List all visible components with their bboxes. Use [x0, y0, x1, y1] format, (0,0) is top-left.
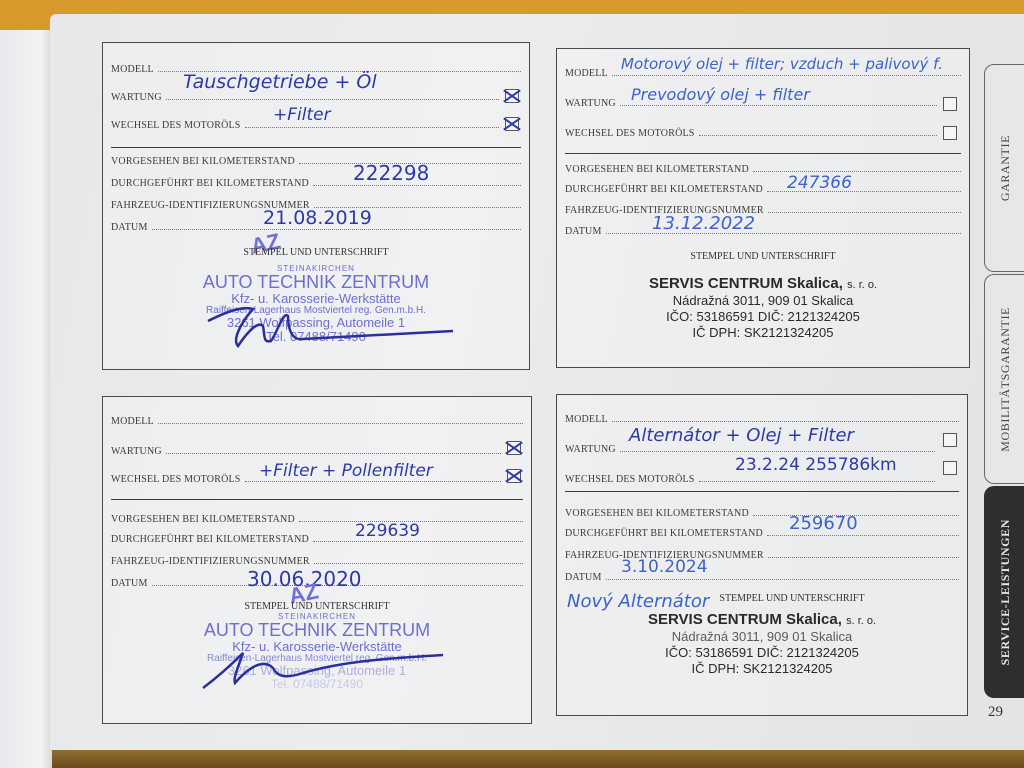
modell-row: MODELL — [565, 407, 959, 425]
service-card-3: MODELL WARTUNG WECHSEL DES MOTORÖLS +Fil… — [102, 396, 532, 724]
date-value: 21.08.2019 — [263, 207, 372, 229]
fin-row: FAHRZEUG-IDENTIFIZIERUNGSNUMMER — [111, 549, 523, 567]
date-value: 13.12.2022 — [652, 213, 755, 234]
wartung-value: Alternátor + Olej + Filter — [629, 425, 854, 446]
vorgesehen-row: VORGESEHEN BEI KILOMETERSTAND — [565, 501, 959, 519]
workshop-stamp: SERVIS CENTRUM Skalica, s. r. o. Nádražn… — [557, 275, 969, 341]
wartung-row: WARTUNG — [111, 439, 501, 457]
signature — [193, 633, 453, 693]
service-card-4: MODELL WARTUNG WECHSEL DES MOTORÖLS Alte… — [556, 394, 968, 716]
wartung-value: Prevodový olej + filter — [631, 85, 810, 104]
durchgefuehrt-row: DURCHGEFÜHRT BEI KILOMETERSTAND — [565, 177, 961, 195]
modell-value: Motorový olej + filter; vzduch + palivov… — [621, 55, 943, 73]
wartung-label: WARTUNG — [111, 92, 162, 103]
left-page-edge — [0, 30, 52, 768]
workshop-stamp: SERVIS CENTRUM Skalica, s. r. o. Nádražn… — [557, 611, 967, 677]
wechsel-checkbox[interactable] — [943, 126, 957, 140]
signature — [203, 301, 483, 351]
tab-garantie[interactable]: GARANTIE — [984, 64, 1024, 272]
tab-service-leistungen[interactable]: SERVICE-LEISTUNGEN — [984, 486, 1024, 698]
wechsel-checkbox[interactable] — [505, 117, 519, 131]
mileage-value: 259670 — [789, 513, 858, 534]
service-card-2: MODELL WARTUNG WECHSEL DES MOTORÖLS Moto… — [556, 48, 970, 368]
fin-row: FAHRZEUG-IDENTIFIZIERUNGSNUMMER — [565, 198, 961, 216]
wechsel-value: +Filter — [273, 105, 331, 125]
vorgesehen-row: VORGESEHEN BEI KILOMETERSTAND — [111, 507, 523, 525]
wechsel-row: WECHSEL DES MOTORÖLS — [565, 121, 937, 139]
mileage-value: 229639 — [355, 521, 420, 541]
modell-label: MODELL — [111, 64, 154, 75]
wechsel-value: 23.2.24 255786km — [735, 455, 897, 475]
mileage-value: 247366 — [787, 173, 852, 193]
stamp-signature-label: STEMPEL UND UNTERSCHRIFT — [557, 251, 969, 262]
vorgesehen-row: VORGESEHEN BEI KILOMETERSTAND — [111, 149, 521, 167]
service-card-1: MODELL WARTUNG WECHSEL DES MOTORÖLS Taus… — [102, 42, 530, 370]
durchgefuehrt-row: DURCHGEFÜHRT BEI KILOMETERSTAND — [111, 171, 521, 189]
vorgesehen-row: VORGESEHEN BEI KILOMETERSTAND — [565, 157, 961, 175]
tab-mobilitaetsgarantie[interactable]: MOBILITÄTSGARANTIE — [984, 274, 1024, 484]
durchgefuehrt-row: DURCHGEFÜHRT BEI KILOMETERSTAND — [111, 527, 523, 545]
wechsel-checkbox[interactable] — [507, 469, 521, 483]
wartung-checkbox[interactable] — [505, 89, 519, 103]
wartung-value: Tauschgetriebe + Öl — [183, 71, 377, 93]
wechsel-checkbox[interactable] — [943, 461, 957, 475]
stamp-signature-label: STEMPEL UND UNTERSCHRIFT — [103, 247, 529, 258]
modell-row: MODELL — [111, 409, 523, 427]
wartung-checkbox[interactable] — [943, 433, 957, 447]
wartung-checkbox[interactable] — [943, 97, 957, 111]
wechsel-label: WECHSEL DES MOTORÖLS — [111, 120, 241, 131]
stamp-signature-label: STEMPEL UND UNTERSCHRIFT — [103, 601, 531, 612]
stamp-signature-label: STEMPEL UND UNTERSCHRIFT — [617, 593, 967, 604]
wechsel-value: +Filter + Pollenfilter — [259, 461, 433, 481]
date-value: 3.10.2024 — [621, 557, 708, 577]
wartung-checkbox[interactable] — [507, 441, 521, 455]
datum-row: DATUM — [565, 219, 961, 237]
mileage-value: 222298 — [353, 161, 429, 185]
page-number: 29 — [988, 704, 1003, 721]
durchgefuehrt-row: DURCHGEFÜHRT BEI KILOMETERSTAND — [565, 521, 959, 539]
